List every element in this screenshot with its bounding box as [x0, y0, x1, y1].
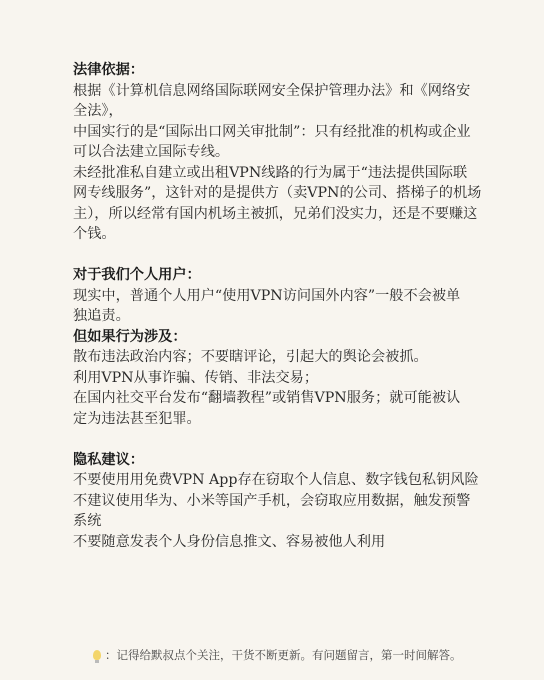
paragraph-line: 不建议使用华为、小米等国产手机，会窃取应用数据，触发预警: [73, 491, 483, 512]
paragraph-line: 系统: [73, 511, 483, 532]
paragraph-line: 散布违法政治内容；不要瞎评论，引起大的舆论会被抓。: [73, 347, 483, 368]
paragraph-line: 未经批准私自建立或出租VPN线路的行为属于“违法提供国际联: [73, 163, 483, 184]
paragraph-line: 主），所以经常有国内机场主被抓，兄弟们没实力，还是不要赚这: [73, 204, 483, 225]
lightbulb-icon: [93, 650, 101, 660]
article-body: 法律依据： 根据《计算机信息网络国际联网安全保护管理办法》和《网络安 全法》， …: [73, 60, 483, 552]
section-heading: 对于我们个人用户：: [73, 265, 483, 286]
footer-note: ：记得给默叔点个关注，干货不断更新。有问题留言，第一时间解答。: [93, 647, 462, 663]
section-heading: 法律依据：: [73, 60, 483, 81]
spacer: [73, 429, 483, 450]
paragraph-line: 独追责。: [73, 306, 483, 327]
section-heading: 隐私建议：: [73, 450, 483, 471]
paragraph-line: 不要随意发表个人身份信息推文、容易被他人利用: [73, 532, 483, 553]
footer-text: ：记得给默叔点个关注，干货不断更新。有问题留言，第一时间解答。: [105, 647, 462, 663]
paragraph-line: 不要使用用免费VPN App存在窃取个人信息、数字钱包私钥风险: [73, 470, 483, 491]
paragraph-line: 定为违法甚至犯罪。: [73, 409, 483, 430]
paragraph-line: 可以合法建立国际专线。: [73, 142, 483, 163]
paragraph-line: 全法》，: [73, 101, 483, 122]
paragraph-line: 个钱。: [73, 224, 483, 245]
paragraph-line: 利用VPN从事诈骗、传销、非法交易；: [73, 368, 483, 389]
spacer: [73, 245, 483, 266]
paragraph-line: 根据《计算机信息网络国际联网安全保护管理办法》和《网络安: [73, 81, 483, 102]
paragraph-line: 现实中，普通个人用户“使用VPN访问国外内容”一般不会被单: [73, 286, 483, 307]
section-privacy-advice: 隐私建议： 不要使用用免费VPN App存在窃取个人信息、数字钱包私钥风险 不建…: [73, 450, 483, 553]
section-legal-basis: 法律依据： 根据《计算机信息网络国际联网安全保护管理办法》和《网络安 全法》， …: [73, 60, 483, 245]
paragraph-line: 中国实行的是“国际出口网关审批制”：只有经批准的机构或企业: [73, 122, 483, 143]
section-personal-users: 对于我们个人用户： 现实中，普通个人用户“使用VPN访问国外内容”一般不会被单 …: [73, 265, 483, 429]
paragraph-line: 网专线服务”，这针对的是提供方（卖VPN的公司、搭梯子的机场: [73, 183, 483, 204]
paragraph-line: 在国内社交平台发布“翻墙教程”或销售VPN服务；就可能被认: [73, 388, 483, 409]
sub-heading: 但如果行为涉及：: [73, 327, 483, 348]
